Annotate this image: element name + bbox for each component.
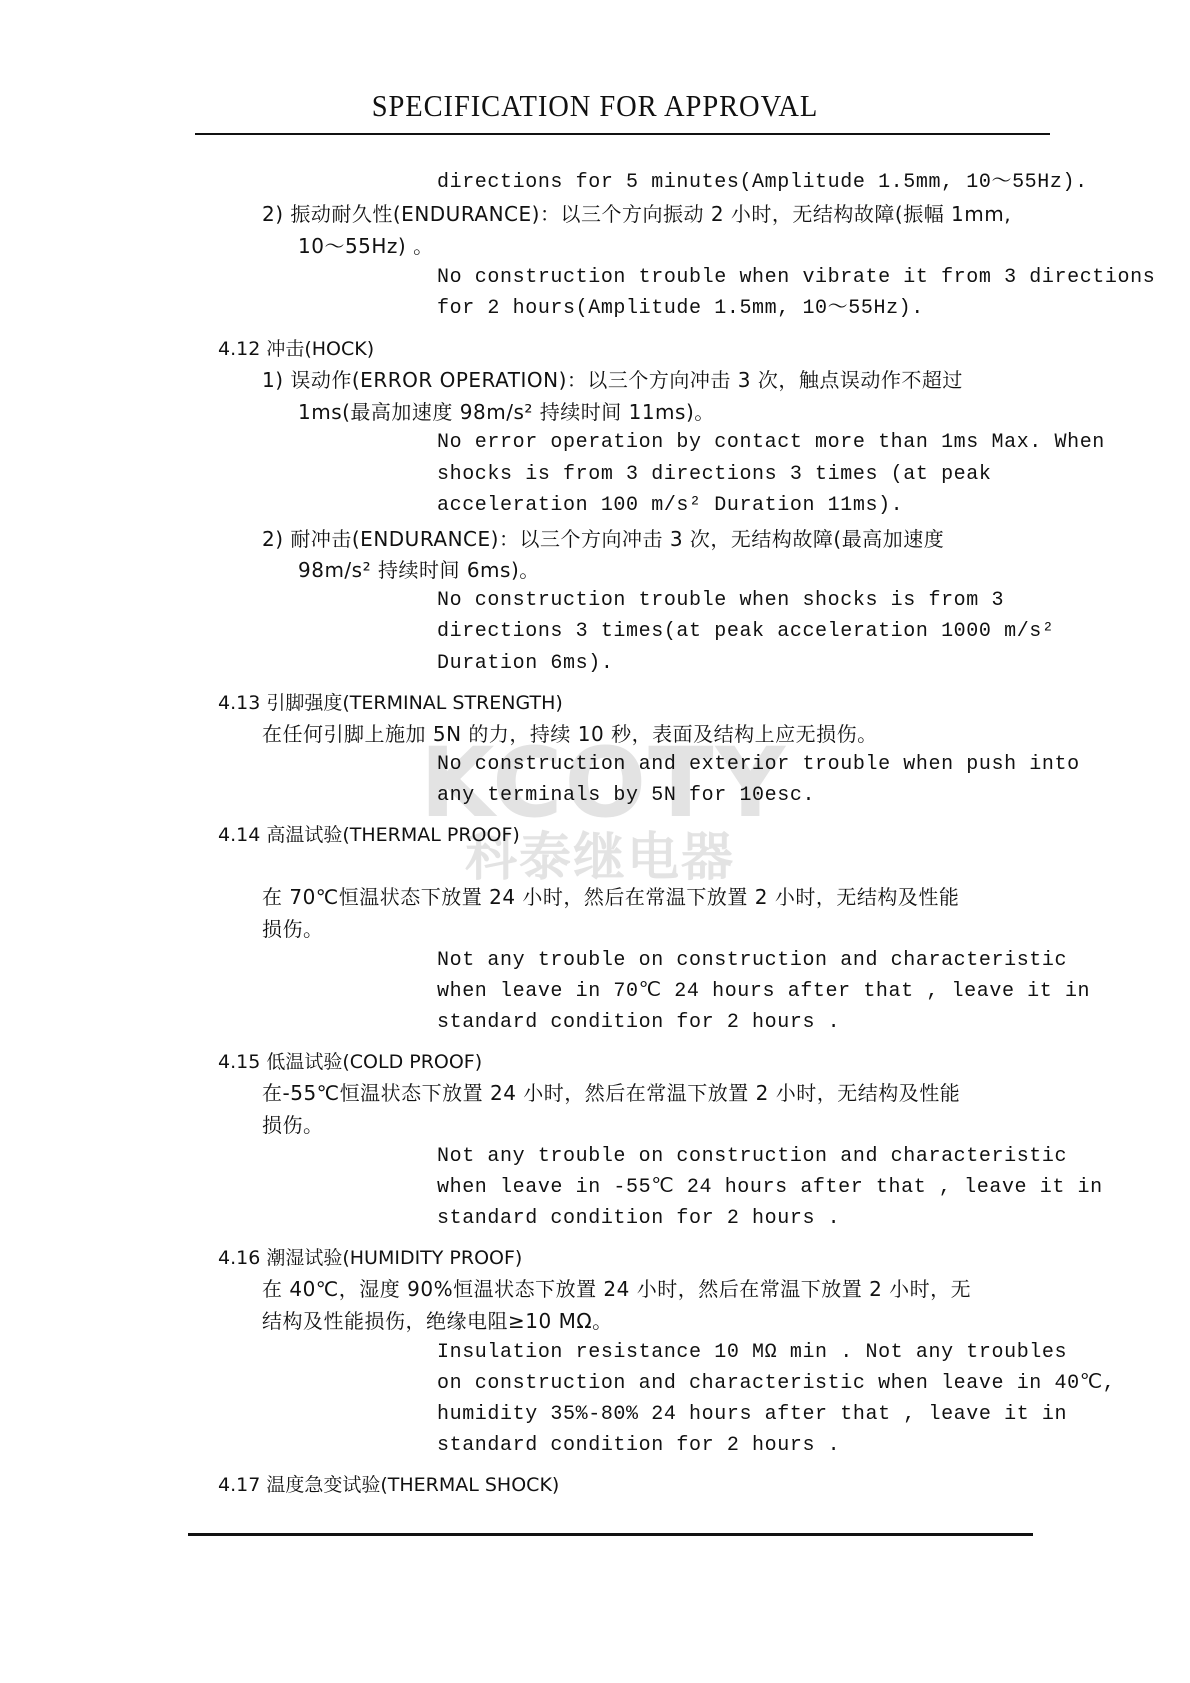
- humidity-proof-en-line-3: humidity 35%-80% 24 hours after that , l…: [437, 1402, 1067, 1428]
- vibration-endurance-cn-line-1: 2) 振动耐久性(ENDURANCE)：以三个方向振动 2 小时，无结构故障(振…: [262, 201, 1011, 227]
- cold-proof-en-line-1: Not any trouble on construction and char…: [437, 1144, 1067, 1170]
- cold-proof-cn-line-2: 损伤。: [262, 1112, 324, 1138]
- shock-endurance-en-line-2: directions 3 times(at peak acceleration …: [437, 619, 1055, 645]
- thermal-proof-cn-line-2: 损伤。: [262, 916, 324, 942]
- shock-endurance-en-line-1: No construction trouble when shocks is f…: [437, 588, 1004, 614]
- thermal-proof-cn-line-1: 在 70℃恒温状态下放置 24 小时，然后在常温下放置 2 小时，无结构及性能: [262, 884, 959, 910]
- section-heading-4-14: 4.14 高温试验(THERMAL PROOF): [218, 822, 520, 848]
- humidity-proof-en-line-2: on construction and characteristic when …: [437, 1371, 1115, 1397]
- shock-endurance-cn-line-1: 2) 耐冲击(ENDURANCE)：以三个方向冲击 3 次，无结构故障(最高加速…: [262, 526, 944, 552]
- shock-error-en-line-3: acceleration 100 m/s² Duration 11ms).: [437, 493, 903, 519]
- cold-proof-cn-line-1: 在-55℃恒温状态下放置 24 小时，然后在常温下放置 2 小时，无结构及性能: [262, 1080, 960, 1106]
- thermal-proof-en-line-3: standard condition for 2 hours .: [437, 1010, 840, 1036]
- shock-error-en-line-1: No error operation by contact more than …: [437, 430, 1105, 456]
- shock-error-en-line-2: shocks is from 3 directions 3 times (at …: [437, 462, 992, 488]
- shock-endurance-cn-line-2: 98m/s² 持续时间 6ms)。: [298, 557, 540, 583]
- vibration-endurance-en-line-2: for 2 hours(Amplitude 1.5mm, 10～55Hz).: [437, 296, 924, 322]
- header-divider: [195, 133, 1050, 135]
- document-content: SPECIFICATION FOR APPROVAL directions fo…: [0, 0, 1190, 1683]
- humidity-proof-cn-line-2: 结构及性能损伤，绝缘电阻≥10 MΩ。: [262, 1308, 613, 1334]
- continuation-en-line: directions for 5 minutes(Amplitude 1.5mm…: [437, 170, 1088, 196]
- terminal-strength-en-line-2: any terminals by 5N for 10esc.: [437, 783, 815, 809]
- cold-proof-en-line-2: when leave in -55℃ 24 hours after that ,…: [437, 1175, 1103, 1201]
- thermal-proof-en-line-1: Not any trouble on construction and char…: [437, 948, 1067, 974]
- humidity-proof-en-line-4: standard condition for 2 hours .: [437, 1433, 840, 1459]
- shock-error-cn-line-2: 1ms(最高加速度 98m/s² 持续时间 11ms)。: [298, 399, 715, 425]
- section-heading-4-12: 4.12 冲击(HOCK): [218, 336, 374, 362]
- terminal-strength-en-line-1: No construction and exterior trouble whe…: [437, 752, 1080, 778]
- shock-error-cn-line-1: 1) 误动作(ERROR OPERATION)：以三个方向冲击 3 次，触点误动…: [262, 367, 963, 393]
- shock-endurance-en-line-3: Duration 6ms).: [437, 651, 613, 677]
- thermal-proof-en-line-2: when leave in 70℃ 24 hours after that , …: [437, 979, 1090, 1005]
- humidity-proof-en-line-1: Insulation resistance 10 MΩ min . Not an…: [437, 1340, 1067, 1366]
- document-page: KCOTY 科泰继电器 SPECIFICATION FOR APPROVAL d…: [0, 0, 1190, 1683]
- terminal-strength-cn-line-1: 在任何引脚上施加 5N 的力，持续 10 秒，表面及结构上应无损伤。: [262, 721, 878, 747]
- humidity-proof-cn-line-1: 在 40℃，湿度 90%恒温状态下放置 24 小时，然后在常温下放置 2 小时，…: [262, 1276, 971, 1302]
- section-heading-4-15: 4.15 低温试验(COLD PROOF): [218, 1049, 482, 1075]
- cold-proof-en-line-3: standard condition for 2 hours .: [437, 1206, 840, 1232]
- section-heading-4-17: 4.17 温度急变试验(THERMAL SHOCK): [218, 1472, 559, 1498]
- vibration-endurance-cn-line-2: 10～55Hz) 。: [298, 233, 434, 259]
- section-heading-4-13: 4.13 引脚强度(TERMINAL STRENGTH): [218, 690, 563, 716]
- footer-divider: [188, 1533, 1033, 1536]
- vibration-endurance-en-line-1: No construction trouble when vibrate it …: [437, 265, 1155, 291]
- page-title: SPECIFICATION FOR APPROVAL: [48, 88, 1143, 124]
- section-heading-4-16: 4.16 潮湿试验(HUMIDITY PROOF): [218, 1245, 522, 1271]
